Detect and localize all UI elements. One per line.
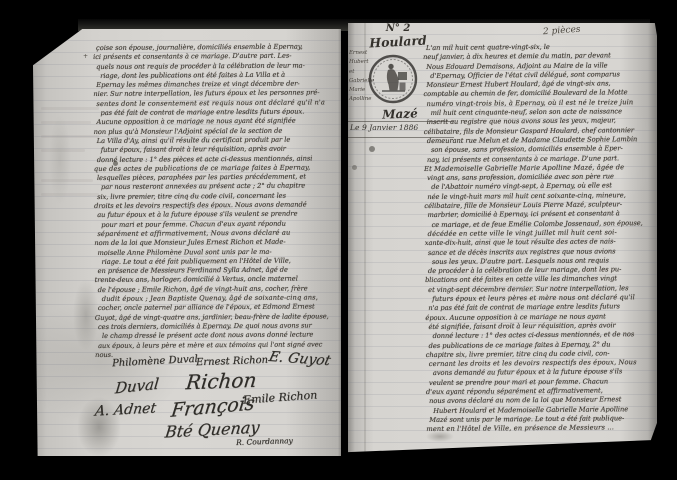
ink-bleedthrough: [41, 107, 99, 110]
handwritten-line: donné lecture : 1° des actes ci-dessus m…: [433, 330, 657, 341]
handwritten-line: son épouse, sans profession, domiciliés …: [431, 144, 656, 155]
ink-bleedthrough: [41, 193, 99, 196]
signature: A. Adnet: [94, 400, 157, 419]
revenue-stamp-icon: [367, 53, 419, 105]
handwritten-line: par nous resteront annexées au présent a…: [101, 182, 341, 193]
left-page: + çoise son épouse, journalière, domicil…: [33, 29, 341, 456]
ink-bleedthrough: [41, 121, 91, 124]
right-page: N° 2 Houlard ErnestHubertetGabrielleMari…: [348, 23, 657, 453]
stain: [49, 115, 71, 205]
left-page-handwriting: çoise son épouse, journalière, domicilié…: [96, 42, 341, 360]
signature: Ernest Richon: [196, 355, 268, 369]
handwritten-line: ment en l'Hôtel de Ville, en présence de…: [426, 423, 657, 434]
pieces-annotation: 2 pièces: [543, 25, 581, 38]
ink-speck: [352, 165, 357, 170]
ink-speck: [369, 146, 375, 152]
right-page-handwriting: L'an mil huit cent quatre-vingt-six, len…: [426, 42, 657, 434]
signature: R. Courdannay: [236, 436, 293, 447]
ink-bleedthrough: [41, 179, 93, 182]
ink-bleedthrough: [41, 149, 85, 152]
signature: Duval: [114, 375, 160, 398]
ink-bleedthrough: [41, 135, 99, 138]
bride-surname: Mazé: [370, 106, 430, 122]
handwritten-line: aux époux, à leurs père et mère et aux t…: [98, 340, 341, 351]
scanned-register-spread: + çoise son épouse, journalière, domicil…: [0, 0, 677, 480]
signature: E. Guyot: [267, 349, 332, 369]
correction-mark: +: [83, 53, 88, 60]
signature: Richon: [185, 368, 258, 395]
